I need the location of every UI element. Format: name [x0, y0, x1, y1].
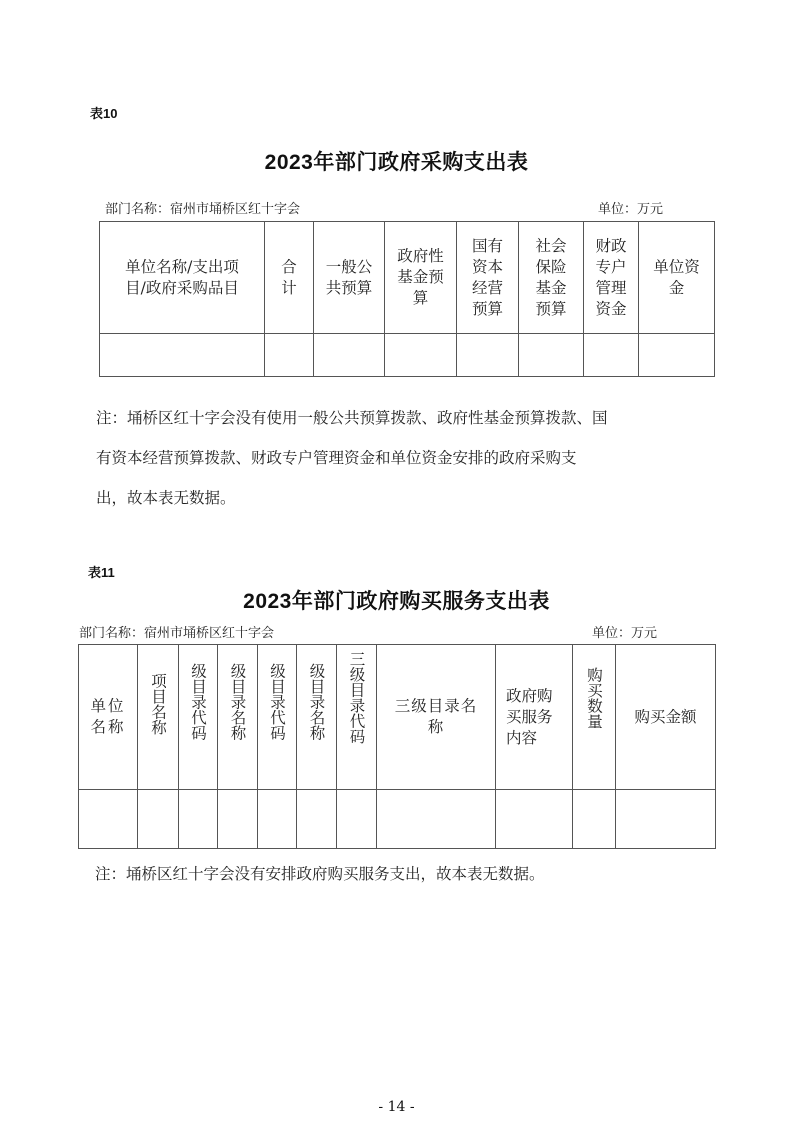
data-cell [519, 334, 584, 377]
data-cell [138, 790, 179, 849]
table11-header-row: 单位名称 项目名称 级目录代码 级目录名称 级目录代码 级目录名称 三级目录代码… [79, 645, 716, 790]
header-cell: 政府性基金预算 [385, 222, 457, 334]
data-cell [573, 790, 616, 849]
header-cell: 国有资本经营预算 [457, 222, 519, 334]
table10-grid: 单位名称/支出项目/政府采购品目 合计 一般公共预算 政府性基金预算 国有资本经… [99, 221, 715, 377]
header-cell: 单位资金 [639, 222, 715, 334]
note-line: 注：埇桥区红十字会没有使用一般公共预算拨款、政府性基金预算拨款、国 [96, 398, 716, 438]
table11-note: 注：埇桥区红十字会没有安排政府购买服务支出，故本表无数据。 [95, 854, 715, 894]
table10-header-row: 单位名称/支出项目/政府采购品目 合计 一般公共预算 政府性基金预算 国有资本经… [100, 222, 715, 334]
table10-note: 注：埇桥区红十字会没有使用一般公共预算拨款、政府性基金预算拨款、国 有资本经营预… [96, 398, 716, 518]
data-cell [265, 334, 314, 377]
header-cell: 单位名称/支出项目/政府采购品目 [100, 222, 265, 334]
table11-department: 部门名称：宿州市埇桥区红十字会 [79, 622, 274, 641]
data-cell [457, 334, 519, 377]
data-cell [337, 790, 377, 849]
note-line: 出，故本表无数据。 [96, 478, 716, 518]
data-cell [314, 334, 385, 377]
data-cell [297, 790, 337, 849]
data-cell [100, 334, 265, 377]
header-cell: 级目录代码 [258, 645, 297, 790]
data-cell [584, 334, 639, 377]
data-cell [79, 790, 138, 849]
header-cell: 单位名称 [79, 645, 138, 790]
header-cell: 三级目录名称 [377, 645, 496, 790]
header-cell: 三级目录代码 [337, 645, 377, 790]
note-line: 有资本经营预算拨款、财政专户管理资金和单位资金安排的政府采购支 [96, 438, 716, 478]
table11-label: 表11 [88, 562, 115, 581]
header-cell: 合计 [265, 222, 314, 334]
header-cell: 财政专户管理资金 [584, 222, 639, 334]
header-cell: 购买数量 [573, 645, 616, 790]
header-cell: 一般公共预算 [314, 222, 385, 334]
data-cell [218, 790, 258, 849]
data-cell [377, 790, 496, 849]
table11-title: 2023年部门政府购买服务支出表 [0, 585, 793, 615]
table10-label: 表10 [90, 103, 117, 122]
table10-unit: 单位：万元 [598, 198, 663, 217]
data-cell [179, 790, 218, 849]
header-cell: 级目录名称 [218, 645, 258, 790]
table-row [100, 334, 715, 377]
header-cell: 购买金额 [616, 645, 716, 790]
table11-grid: 单位名称 项目名称 级目录代码 级目录名称 级目录代码 级目录名称 三级目录代码… [78, 644, 716, 849]
header-cell: 政府购买服务内容 [496, 645, 573, 790]
table11-unit: 单位：万元 [592, 622, 657, 641]
header-cell: 社会保险基金预算 [519, 222, 584, 334]
data-cell [496, 790, 573, 849]
header-cell: 项目名称 [138, 645, 179, 790]
table10-title: 2023年部门政府采购支出表 [0, 146, 793, 176]
header-cell: 级目录代码 [179, 645, 218, 790]
table-row [79, 790, 716, 849]
header-cell: 级目录名称 [297, 645, 337, 790]
data-cell [616, 790, 716, 849]
table10-department: 部门名称：宿州市埇桥区红十字会 [105, 198, 300, 217]
page-number: - 14 - [0, 1099, 793, 1115]
data-cell [258, 790, 297, 849]
data-cell [385, 334, 457, 377]
data-cell [639, 334, 715, 377]
